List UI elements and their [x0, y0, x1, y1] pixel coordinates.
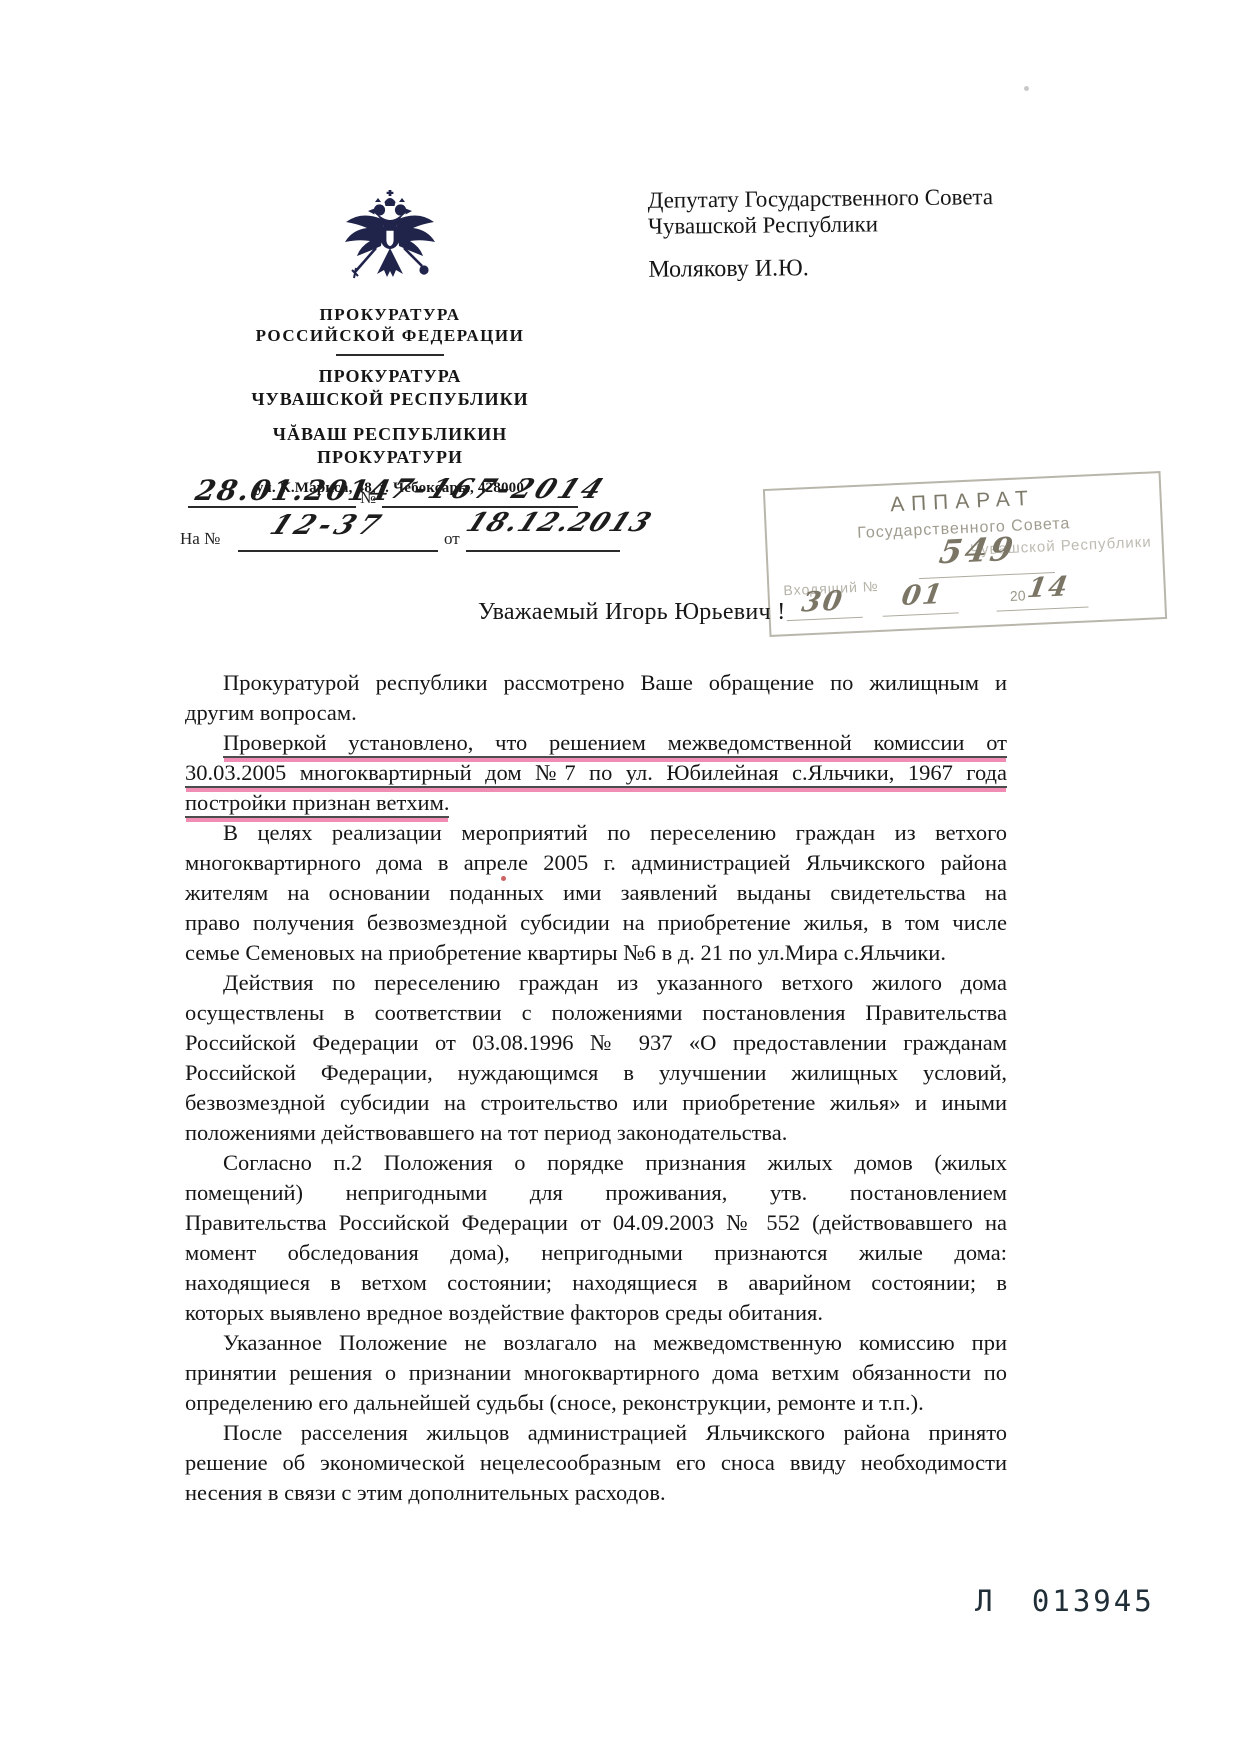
body-line: Проверкой установлено, что решением межв… — [185, 728, 1007, 758]
stamp-day-handwritten: 30 — [799, 585, 846, 618]
form-number: Л 013945 — [975, 1584, 1155, 1618]
body-line: Указанное Положение не возлагало на межв… — [185, 1328, 1007, 1358]
ref-label: На № — [180, 529, 220, 549]
body-line: осуществлены в соответствии с положениям… — [185, 998, 1007, 1028]
body-line: решение об экономической нецелесообразны… — [185, 1448, 1007, 1478]
recipient-name: Молякову И.Ю. — [648, 253, 994, 283]
body-line: После расселения жильцов администрацией … — [185, 1418, 1007, 1448]
body-line: определению его дальнейшей судьбы (сносе… — [185, 1388, 1007, 1418]
document-page: ПРОКУРАТУРА РОССИЙСКОЙ ФЕДЕРАЦИИ ПРОКУРА… — [0, 0, 1235, 1737]
ref-from-label: от — [444, 529, 460, 549]
org-chuv-native-line1: ЧĂВАШ РЕСПУБЛИКИН — [228, 423, 552, 446]
body-line: 30.03.2005 многоквартирный дом №7 по ул.… — [185, 758, 1007, 788]
body: Прокуратурой республики рассмотрено Ваше… — [185, 668, 1007, 1508]
stamp-year-handwritten: 14 — [1025, 571, 1072, 604]
body-line: Правительства Российской Федерации от 04… — [185, 1208, 1007, 1238]
number-label: № — [360, 488, 376, 508]
body-line: которых выявлено вредное воздействие фак… — [185, 1298, 1007, 1328]
recipient-block: Депутату Государственного Совета Чувашск… — [648, 184, 994, 283]
org-rf-line1: ПРОКУРАТУРА — [228, 304, 552, 325]
ref-date-rule — [466, 550, 620, 552]
stamp-incoming-number-handwritten: 549 — [937, 530, 1019, 572]
body-line: семье Семеновых на приобретение квартиры… — [185, 938, 1007, 968]
body-line: Действия по переселению граждан из указа… — [185, 968, 1007, 998]
body-line: помещений) непригодными для проживания, … — [185, 1178, 1007, 1208]
body-line: принятии решения о признании многокварти… — [185, 1358, 1007, 1388]
body-line: другим вопросам. — [185, 698, 1007, 728]
stamp-month-rule — [883, 612, 959, 616]
body-line: В целях реализации мероприятий по пересе… — [185, 818, 1007, 848]
body-line: Российской Федерации от 03.08.1996 № 937… — [185, 1028, 1007, 1058]
body-line: постройки признан ветхим. — [185, 788, 1007, 818]
org-chuv-line1: ПРОКУРАТУРА — [228, 365, 552, 388]
ref-date-handwritten: 18.12.2013 — [461, 508, 657, 538]
body-line: несения в связи с этим дополнительных ра… — [185, 1478, 1007, 1508]
org-rf-line2: РОССИЙСКОЙ ФЕДЕРАЦИИ — [228, 325, 552, 346]
ref-number-rule — [238, 550, 438, 552]
letterhead: ПРОКУРАТУРА РОССИЙСКОЙ ФЕДЕРАЦИИ ПРОКУРА… — [228, 190, 552, 497]
stamp-year-printed: 20 — [1010, 587, 1026, 604]
stamp-month-handwritten: 01 — [899, 579, 946, 612]
body-line: находящиеся в ветхом состоянии; находящи… — [185, 1268, 1007, 1298]
body-line: безвозмездной субсидии на строительство … — [185, 1088, 1007, 1118]
body-line: право получения безвозмездной субсидии н… — [185, 908, 1007, 938]
body-line: момент обследования дома), непригодными … — [185, 1238, 1007, 1268]
recipient-line1: Депутату Государственного Совета — [648, 184, 994, 214]
body-line: Прокуратурой республики рассмотрено Ваше… — [185, 668, 1007, 698]
body-line: положениями действовавшего на тот период… — [185, 1118, 1007, 1148]
org-chuv-line2: ЧУВАШСКОЙ РЕСПУБЛИКИ — [228, 388, 552, 411]
coat-of-arms-emblem — [340, 190, 440, 286]
org-chuv-native-line2: ПРОКУРАТУРИ — [228, 446, 552, 469]
letterhead-divider — [336, 354, 444, 356]
recipient-line2: Чувашской Республики — [648, 210, 994, 240]
body-line: жителям на основании поданных ими заявле… — [185, 878, 1007, 908]
body-line: Российской Федерации, нуждающимся в улуч… — [185, 1058, 1007, 1088]
incoming-stamp: АППАРАТ Государственного Совета Чувашско… — [763, 471, 1167, 637]
scan-speck-red — [501, 876, 506, 881]
body-line: многоквартирного дома в апреле 2005 г. а… — [185, 848, 1007, 878]
ref-number-handwritten: 12-37 — [265, 510, 390, 541]
scan-speck-gray — [1024, 86, 1029, 91]
outgoing-date-rule — [188, 506, 356, 508]
stamp-year-rule — [997, 606, 1089, 611]
outgoing-number-handwritten: 7-167-2014 — [385, 474, 612, 505]
body-line: Согласно п.2 Положения о порядке признан… — [185, 1148, 1007, 1178]
salutation: Уважаемый Игорь Юрьевич ! — [478, 599, 786, 626]
